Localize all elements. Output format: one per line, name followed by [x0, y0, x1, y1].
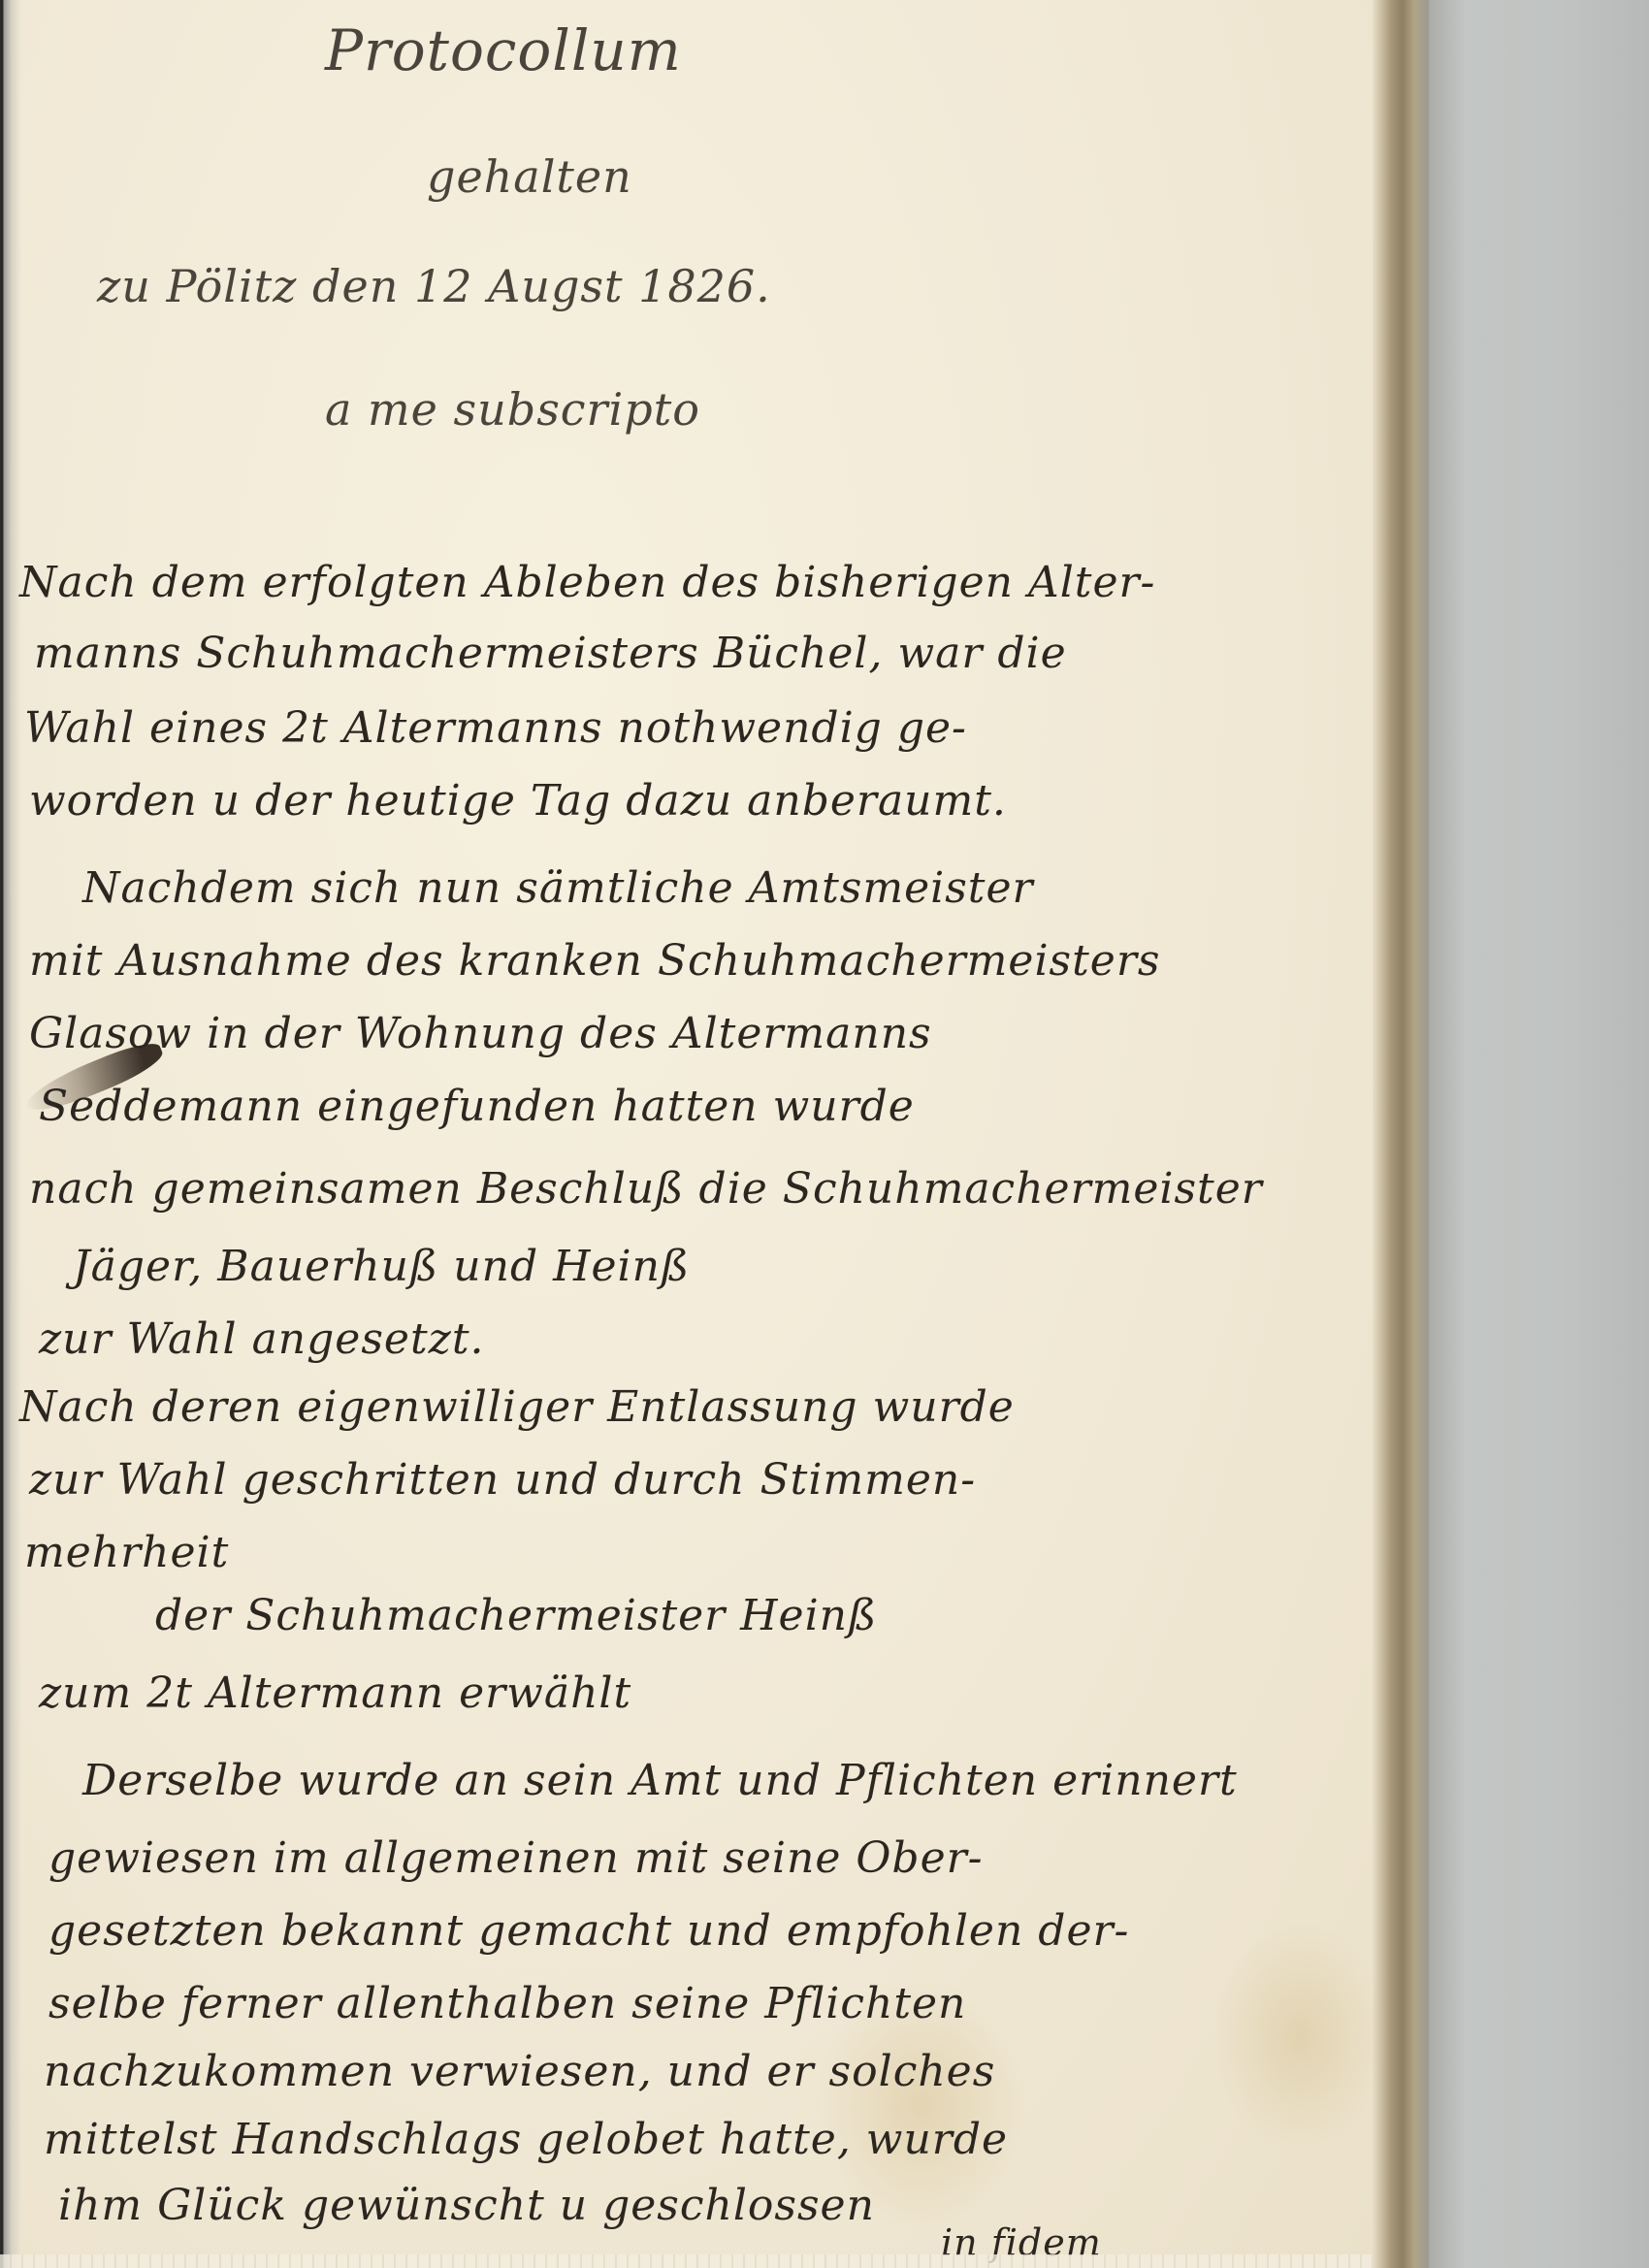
body-line: Nachdem sich nun sämtliche Amtsmeister: [82, 863, 1034, 913]
document-subtitle: gehalten: [427, 150, 632, 203]
document-page: Protocollum gehalten zu Pölitz den 12 Au…: [0, 0, 1373, 2268]
body-line: zur Wahl angesetzt.: [39, 1314, 485, 1364]
closing-formula: in fidem: [941, 2221, 1102, 2264]
body-line: manns Schuhmachermeisters Büchel, war di…: [34, 629, 1067, 678]
body-line: gewiesen im allgemeinen mit seine Ober-: [48, 1833, 984, 1883]
body-line: Glasow in der Wohnung des Altermanns: [29, 1009, 932, 1058]
body-line: der Schuhmachermeister Heinß: [155, 1591, 877, 1640]
body-line: Nach dem erfolgten Ableben des bisherige…: [19, 558, 1155, 607]
body-line: mit Ausnahme des kranken Schuhmachermeis…: [29, 936, 1160, 986]
scanner-background: [1426, 0, 1649, 2268]
body-line: worden u der heutige Tag dazu anberaumt.: [29, 776, 1007, 826]
body-line: mittelst Handschlags gelobet hatte, wurd…: [44, 2115, 1008, 2164]
book-binding-edge: [1371, 0, 1429, 2268]
body-line: mehrheit: [24, 1528, 229, 1577]
body-line: selbe ferner allenthalben seine Pflichte…: [48, 1979, 966, 2028]
body-line: nach gemeinsamen Beschluß die Schuhmache…: [29, 1164, 1263, 1214]
body-line: Wahl eines 2t Altermanns nothwendig ge-: [24, 703, 967, 753]
water-stain: [1212, 1921, 1387, 2154]
document-title: Protocollum: [325, 17, 682, 83]
body-line: ihm Glück gewünscht u geschlossen: [58, 2181, 875, 2230]
body-line: Derselbe wurde an sein Amt und Pflichten…: [82, 1756, 1238, 1805]
body-line: nachzukommen verwiesen, und er solches: [44, 2047, 995, 2096]
body-line: gesetzten bekannt gemacht und empfohlen …: [48, 1906, 1129, 1956]
body-line: zum 2t Altermann erwählt: [39, 1669, 631, 1718]
place-and-date: zu Pölitz den 12 Augst 1826.: [97, 260, 771, 312]
body-line: Jäger, Bauerhuß und Heinß: [73, 1242, 690, 1291]
body-line: Seddemann eingefunden hatten wurde: [39, 1082, 915, 1131]
attribution-line: a me subscripto: [325, 383, 700, 436]
body-line: zur Wahl geschritten und durch Stimmen-: [29, 1455, 976, 1505]
body-line: Nach deren eigenwilliger Entlassung wurd…: [19, 1382, 1015, 1432]
